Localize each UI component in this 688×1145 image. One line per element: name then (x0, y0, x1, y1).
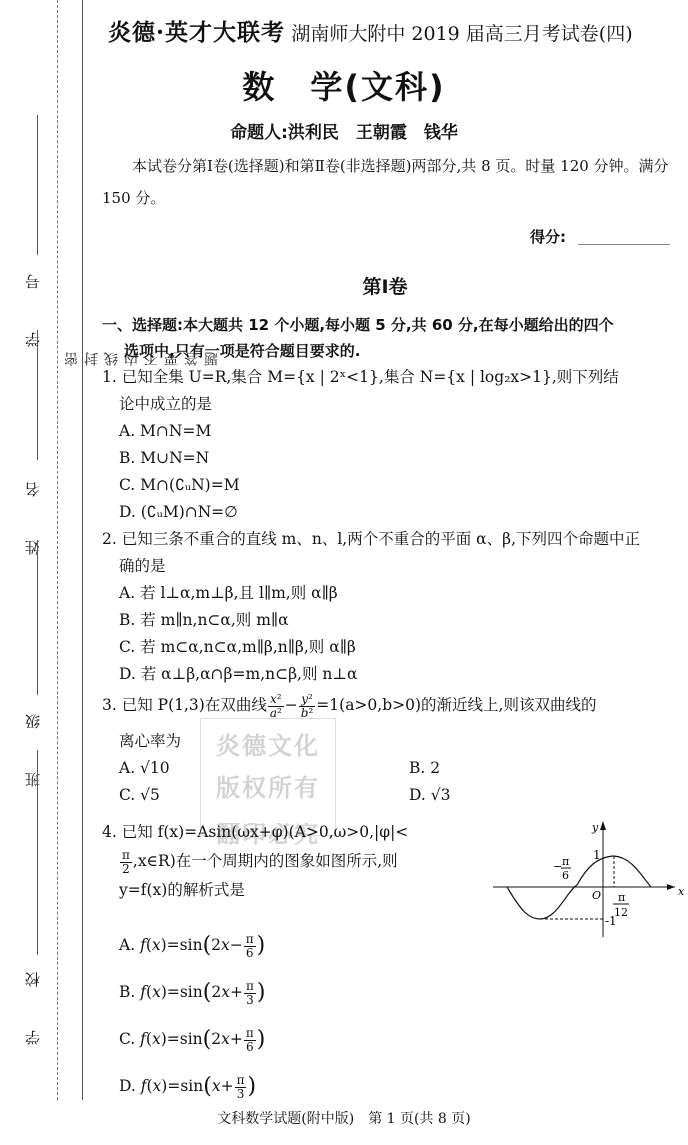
score-blank[interactable] (578, 244, 670, 245)
option-c[interactable]: C. f(x)=sin(2x+π6) (102, 1016, 678, 1063)
option-b[interactable]: B. 若 m∥n,n⊂α,则 m∥α (102, 607, 678, 634)
binding-line (82, 0, 83, 1100)
peak-label: π (618, 891, 625, 904)
sine-graph-figure: y x O 1 -1 − π 6 π 12 (485, 815, 685, 945)
authors: 命题人:洪利民 王朝霞 钱华 (0, 118, 688, 143)
section-instructions: 一、选择题:本大题共 12 个小题,每小题 5 分,共 60 分,在每小题给出的… (102, 312, 678, 364)
exam-title: 湖南师大附中 2019 届高三月考试卷(四) (291, 23, 632, 45)
question-2: 2. 已知三条不重合的直线 m、n、l,两个不重合的平面 α、β,下列四个命题中… (102, 526, 678, 688)
exam-header: 炎德·英才大联考 湖南师大附中 2019 届高三月考试卷(四) (108, 14, 633, 47)
origin-label: O (592, 889, 601, 902)
question-4-options: A. f(x)=sin(2x−π6) B. f(x)=sin(2x+π3) C.… (102, 922, 678, 1110)
option-d[interactable]: D. √3 (409, 782, 450, 809)
option-b[interactable]: B. M∪N=N (102, 445, 678, 472)
school-blank[interactable] (37, 750, 38, 955)
option-d[interactable]: D. 若 α⊥β,α∩β=m,n⊂β,则 n⊥α (102, 661, 678, 688)
question-3: 3. 已知 P(1,3)在双曲线x²a²−y²b²=1(a>0,b>0)的渐近线… (102, 688, 678, 809)
question-1: 1. 已知全集 U=R,集合 M={x | 2ˣ<1},集合 N={x | lo… (102, 364, 678, 526)
class-blank[interactable] (37, 540, 38, 695)
fraction-y2-b2: y²b² (299, 693, 316, 720)
fraction-pi-2: π2 (120, 849, 132, 876)
zero-label: − (553, 860, 562, 873)
name-blank[interactable] (37, 330, 38, 460)
page-footer: 文科数学试题(附中版) 第 1 页(共 8 页) (0, 1108, 688, 1128)
y-axis-arrow-icon (600, 821, 606, 830)
question-stem: 3. 已知 P(1,3)在双曲线x²a²−y²b²=1(a>0,b>0)的渐近线… (102, 688, 678, 722)
svg-text:6: 6 (562, 869, 569, 882)
subject-title: 数 学(文科) (0, 62, 688, 108)
fraction-x2-a2: x²a² (268, 693, 284, 720)
brand-title: 炎德·英才大联考 (108, 19, 285, 46)
x-axis-arrow-icon (667, 884, 675, 890)
x-axis-label: x (678, 885, 685, 898)
exam-intro: 本试卷分第Ⅰ卷(选择题)和第Ⅱ卷(非选择题)两部分,共 8 页。时量 120 分… (102, 150, 672, 214)
max-label: 1 (593, 848, 601, 862)
option-b[interactable]: B. f(x)=sin(2x+π3) (102, 969, 678, 1016)
option-b[interactable]: B. 2 (409, 755, 440, 782)
svg-text:12: 12 (614, 906, 628, 919)
option-c[interactable]: C. 若 m⊂α,n⊂α,m∥β,n∥β,则 α∥β (102, 634, 678, 661)
question-stem: 1. 已知全集 U=R,集合 M={x | 2ˣ<1},集合 N={x | lo… (102, 364, 678, 391)
score-label: 得分: (530, 226, 566, 247)
option-d[interactable]: D. f(x)=sin(x+π3) (102, 1063, 678, 1110)
question-stem: 2. 已知三条不重合的直线 m、n、l,两个不重合的平面 α、β,下列四个命题中… (102, 526, 678, 553)
school-label: 学 校 (22, 958, 43, 1045)
y-axis-label: y (591, 821, 599, 834)
svg-text:π: π (562, 855, 569, 868)
option-a[interactable]: A. M∩N=M (102, 418, 678, 445)
option-c[interactable]: C. M∩(∁ᵤN)=M (102, 472, 678, 499)
option-a[interactable]: A. 若 l⊥α,m⊥β,且 l∥m,则 α∥β (102, 580, 678, 607)
option-d[interactable]: D. (∁ᵤM)∩N=∅ (102, 499, 678, 526)
question-4: 4. 已知 f(x)=Asin(ωx+φ)(A>0,ω>0,|φ|< π2,x∈… (102, 818, 482, 905)
name-label: 姓 名 (22, 468, 43, 555)
part-title: 第Ⅰ卷 (0, 272, 688, 299)
question-stem: 4. 已知 f(x)=Asin(ωx+φ)(A>0,ω>0,|φ|< (102, 818, 482, 847)
seal-dotted-line (57, 0, 58, 1100)
class-label: 班 级 (22, 700, 43, 787)
